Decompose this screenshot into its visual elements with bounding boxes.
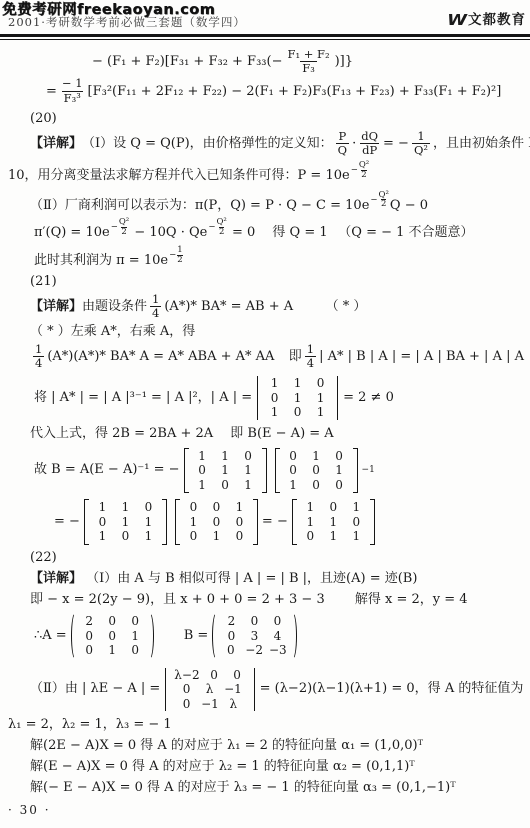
solution-22-line-7: 解(E − A)X = 0 得 A 的对应于 λ₂ = 1 的特征向量 α₂ =…	[30, 759, 524, 776]
fraction: 1 4	[150, 293, 161, 320]
matrix-cell: 0	[175, 697, 198, 712]
matrix-cell: 0	[228, 529, 251, 544]
scanned-document-page: { "watermark": "免费考研网freekaoyan.com", "h…	[0, 0, 530, 828]
matrix-cell: 0	[205, 515, 228, 530]
matrix-cell: 1	[137, 529, 160, 544]
matrix-cell: 0	[219, 643, 242, 658]
matrix-cell: 0	[266, 614, 289, 629]
fraction: 1 Q²	[412, 130, 430, 157]
solution-21-line-7: = − 110011101 001100010 = − 101110011	[54, 498, 524, 546]
text: = 0 得 Q = 1 （Q = − 1 不合题意）	[232, 225, 474, 240]
matrix-cell: 0	[101, 614, 124, 629]
matrix-b: 2000340−2−3	[211, 612, 297, 660]
matrix-cell: 1	[299, 515, 322, 530]
solution-22-line-8: 解(− E − A)X = 0 得 A 的对应于 λ₃ = − 1 的特征向量 …	[30, 780, 524, 797]
matrix-cell: −2	[242, 643, 266, 658]
solution-20-line-3: （Ⅱ）厂商利润可以表示为：π(P，Q) = P · Q − C = 10e−Q²…	[30, 191, 524, 215]
solution-22-line-5: λ₁ = 2，λ₂ = 1，λ₃ = − 1	[8, 717, 524, 734]
matrix-inverse-exponent: −1	[362, 465, 375, 477]
problem-tag-21: (21)	[30, 274, 524, 291]
problem-tag-20: (20)	[30, 111, 524, 128]
header-rule-thin	[0, 39, 530, 41]
matrix-cell: λ	[198, 682, 221, 697]
matrix-cell: −3	[266, 643, 290, 658]
matrix-cell: 1	[214, 463, 237, 478]
matrix-cell: 0	[305, 463, 328, 478]
solution-label: 【详解】	[30, 571, 82, 586]
matrix-cell: 1	[114, 500, 137, 515]
solution-22-line-3: ∴A = 200001010 B = 2000340−2−3	[34, 612, 524, 660]
matrix-cell: 0	[305, 478, 328, 493]
matrix-cell: 1	[305, 449, 328, 464]
logo-w-icon: W	[447, 11, 465, 31]
matrix-cell: 1	[263, 376, 286, 391]
math-text: )]}	[335, 54, 353, 71]
matrix-cell: 1	[91, 500, 114, 515]
matrix-cell: 1	[328, 463, 351, 478]
matrix-cell: 1	[345, 529, 368, 544]
exponent: −Q²2	[370, 191, 389, 209]
matrix-cell: 1	[309, 391, 332, 406]
matrix-cell: 1	[228, 500, 251, 515]
math-text: ·	[352, 136, 356, 153]
text: 10，用分离变量法求解方程并代入已知条件可得：P = 10e	[8, 168, 350, 183]
matrix-cell: 0	[286, 405, 309, 420]
matrix-cell: 2	[78, 614, 101, 629]
formula-20-line-1: − (F₁ + F₂)[F₃₁ + F₃₂ + F₃₃(− F₁ + F₂ F₃…	[92, 50, 524, 75]
exponent: −Q²2	[208, 218, 227, 236]
solution-label: 【详解】	[30, 136, 82, 153]
matrix-cell: 1	[137, 515, 160, 530]
page-header: 免费考研网freekaoyan.com 2001·考研数学考前必做三套题（数学四…	[0, 0, 530, 34]
fraction-denominator: F₃	[300, 61, 317, 75]
matrix-cell: −1	[221, 682, 245, 697]
solution-20-line-4: π′(Q) = 10e−Q²2 − 10Q · Qe−Q²2 = 0 得 Q =…	[34, 218, 524, 242]
fraction: P Q	[336, 130, 349, 157]
matrix-cell: 0	[182, 529, 205, 544]
matrix-cell: 0	[191, 463, 214, 478]
fraction: dQ dP	[359, 130, 380, 157]
matrix-cell: 0	[282, 449, 305, 464]
math-text: = −	[54, 514, 80, 531]
wendu-logo: W 文都教育	[447, 9, 526, 32]
matrix-cell: 0	[203, 668, 226, 683]
matrix-cell: 0	[205, 500, 228, 515]
matrix-cell: 3	[243, 629, 266, 644]
matrix-cell: 4	[266, 629, 289, 644]
solution-21-line-2: （ * ）左乘 A*，右乘 A，得	[30, 324, 524, 341]
math-text: = −	[383, 136, 409, 153]
math-text: = 2 ≠ 0	[343, 390, 394, 407]
matrix-cell: 2	[220, 614, 243, 629]
matrix-cell: 1	[263, 405, 286, 420]
math-text: =	[46, 84, 57, 101]
matrix-cell: λ−2	[171, 668, 202, 683]
determinant: 110011101	[255, 374, 340, 422]
matrix-cell: 0	[214, 478, 237, 493]
matrix-cell: 0	[243, 614, 266, 629]
matrix-cell: 1	[309, 405, 332, 420]
math-text: 将 | A* | = | A |³⁻¹ = | A |²，| A | =	[34, 390, 252, 407]
matrix-cell: 1	[237, 478, 260, 493]
solution-20-line-2: 10，用分离变量法求解方程并代入已知条件可得：P = 10e−Q²2	[8, 161, 524, 185]
solution-21-line-4: 将 | A* | = | A |³⁻¹ = | A |²，| A | = 110…	[34, 374, 524, 422]
matrix-cell: 0	[328, 478, 351, 493]
matrix-cell: 1	[182, 515, 205, 530]
matrix-cell: 0	[237, 449, 260, 464]
matrix-cell: 1	[191, 478, 214, 493]
fraction: 1 4	[33, 343, 44, 370]
matrix-cell: 0	[78, 629, 101, 644]
math-text: | A* | B | A | = | A | BA + | A | A	[319, 349, 524, 366]
matrix-cell: 1	[345, 500, 368, 515]
matrix-a: 200001010	[70, 612, 155, 660]
matrix-cell: 0	[101, 629, 124, 644]
problem-tag-22: (22)	[30, 550, 524, 567]
solution-22-line-4: （Ⅱ）由 | λE − A | = λ−2000λ−10−1λ = (λ−2)(…	[30, 666, 524, 714]
matrix-cell: 1	[322, 529, 345, 544]
math-text: = (λ−2)(λ−1)(λ+1) = 0，得 A 的特征值为	[260, 681, 524, 698]
solution-21-line-1: 【详解】 由题设条件 1 4 (A*)* BA* = AB + A （ * ）	[30, 295, 524, 320]
fraction: − 1 F₃³	[60, 77, 85, 104]
matrix-cell: 1	[191, 449, 214, 464]
solution-20-line-1: 【详解】 （Ⅰ）设 Q = Q(P)，由价格弹性的定义知： P Q · dQ d…	[30, 132, 524, 157]
matrix: 110011101	[83, 498, 168, 546]
math-text: 故 B = A(E − A)⁻¹ = −	[34, 462, 180, 479]
text: （Ⅰ）由 A 与 B 相似可得 | A | = | B |，且迹(A) = 迹(…	[86, 571, 417, 586]
exponent: −Q²2	[351, 161, 370, 179]
matrix-cell: 0	[309, 376, 332, 391]
solution-22-line-6: 解(2E − A)X = 0 得 A 的对应于 λ₁ = 2 的特征向量 α₁ …	[30, 738, 524, 755]
matrix-cell: 1	[286, 391, 309, 406]
matrix-cell: 0	[78, 643, 101, 658]
matrix-cell: 0	[114, 529, 137, 544]
solution-20-line-5: 此时其利润为 π = 10e−12	[34, 246, 524, 270]
matrix-cell: 0	[282, 463, 305, 478]
matrix: 101110011	[291, 498, 376, 546]
math-text: (A*)* BA* = AB + A （ * ）	[164, 299, 366, 316]
matrix-cell: 0	[228, 515, 251, 530]
solution-label: 【详解】	[30, 299, 82, 316]
solution-21-line-5: 代入上式，得 2B = 2BA + 2A 即 B(E − A) = A	[30, 426, 524, 443]
text: 由题设条件	[82, 299, 147, 316]
solution-21-line-6: 故 B = A(E − A)⁻¹ = − 110011101 010001100…	[34, 447, 524, 495]
matrix-cell: 1	[124, 629, 147, 644]
math-text: = −	[262, 514, 288, 531]
formula-20-line-2: = − 1 F₃³ [F₃²(F₁₁ + 2F₁₂ + F₂₂) − 2(F₁ …	[46, 79, 524, 104]
page-body: − (F₁ + F₂)[F₃₁ + F₃₂ + F₃₃(− F₁ + F₂ F₃…	[0, 50, 530, 819]
matrix-cell: 0	[91, 515, 114, 530]
fraction: 1 4	[305, 343, 316, 370]
matrix-cell: 0	[137, 500, 160, 515]
matrix: 110011101	[183, 447, 268, 495]
matrix-cell: 0	[322, 500, 345, 515]
text: ，且由初始条件 P(0) =	[433, 136, 530, 153]
exponent: −Q²2	[111, 218, 130, 236]
matrix-cell: 1	[286, 376, 309, 391]
math-text: [F₃²(F₁₁ + 2F₁₂ + F₂₂) − 2(F₁ + F₂)F₃(F₁…	[88, 84, 502, 101]
matrix-cell: 0	[328, 449, 351, 464]
matrix: 001100010	[174, 498, 259, 546]
matrix-cell: 1	[299, 500, 322, 515]
matrix-cell: 0	[124, 614, 147, 629]
solution-22-line-2: 即 − x = 2(2y − 9)，且 x + 0 + 0 = 2 + 3 − …	[30, 592, 524, 609]
solution-21-line-3: 1 4 (A*)(A*)* BA* A = A* ABA + A* AA 即 1…	[30, 345, 524, 370]
matrix-cell: 1	[91, 529, 114, 544]
fraction-numerator: F₁ + F₂	[285, 48, 331, 61]
matrix-cell: 0	[299, 529, 322, 544]
math-text: − 10Q · Qe	[134, 225, 207, 240]
math-text: − (F₁ + F₂)[F₃₁ + F₃₂ + F₃₃(−	[92, 54, 282, 71]
text: 即	[289, 349, 302, 366]
matrix-cell: 0	[175, 682, 198, 697]
fraction: F₁ + F₂ F₃	[285, 48, 331, 75]
fraction-numerator: − 1	[60, 77, 85, 90]
text: 此时其利润为 π = 10e	[34, 253, 168, 268]
matrix-cell: 0	[226, 668, 249, 683]
math-text: π′(Q) = 10e	[34, 225, 110, 240]
matrix-cell: 1	[205, 529, 228, 544]
logo-text: 文都教育	[468, 12, 526, 30]
matrix-cell: λ	[222, 697, 245, 712]
math-text: ∴A =	[34, 628, 67, 645]
math-text: Q − 0	[390, 198, 428, 213]
exponent: −12	[169, 246, 183, 264]
math-text: （Ⅱ）由 | λE − A | =	[30, 681, 160, 698]
matrix-cell: 0	[263, 391, 286, 406]
matrix-cell: −1	[198, 697, 222, 712]
fraction-denominator: F₃³	[62, 91, 83, 105]
matrix-cell: 1	[322, 515, 345, 530]
solution-22-line-1: 【详解】 （Ⅰ）由 A 与 B 相似可得 | A | = | B |，且迹(A)…	[30, 571, 524, 588]
math-text: B =	[184, 628, 209, 645]
matrix-cell: 0	[182, 500, 205, 515]
text: （Ⅱ）厂商利润可以表示为：π(P，Q) = P · Q − C = 10e	[30, 198, 369, 213]
math-text: (A*)(A*)* BA* A = A* ABA + A* AA	[47, 349, 274, 366]
matrix-cell: 1	[237, 463, 260, 478]
header-rule-thick	[0, 34, 530, 37]
matrix-cell: 1	[101, 643, 124, 658]
matrix-cell: 0	[220, 629, 243, 644]
matrix-cell: 1	[114, 515, 137, 530]
watermark-text: 免费考研网freekaoyan.com	[2, 1, 215, 20]
matrix-cell: 1	[214, 449, 237, 464]
matrix-cell: 1	[282, 478, 305, 493]
page-number: · 30 ·	[8, 803, 524, 819]
text: （Ⅰ）设 Q = Q(P)，由价格弹性的定义知：	[82, 136, 333, 153]
matrix-cell: 0	[345, 515, 368, 530]
determinant: λ−2000λ−10−1λ	[163, 666, 256, 714]
matrix-cell: 0	[124, 643, 147, 658]
matrix: 010001100	[274, 447, 359, 495]
